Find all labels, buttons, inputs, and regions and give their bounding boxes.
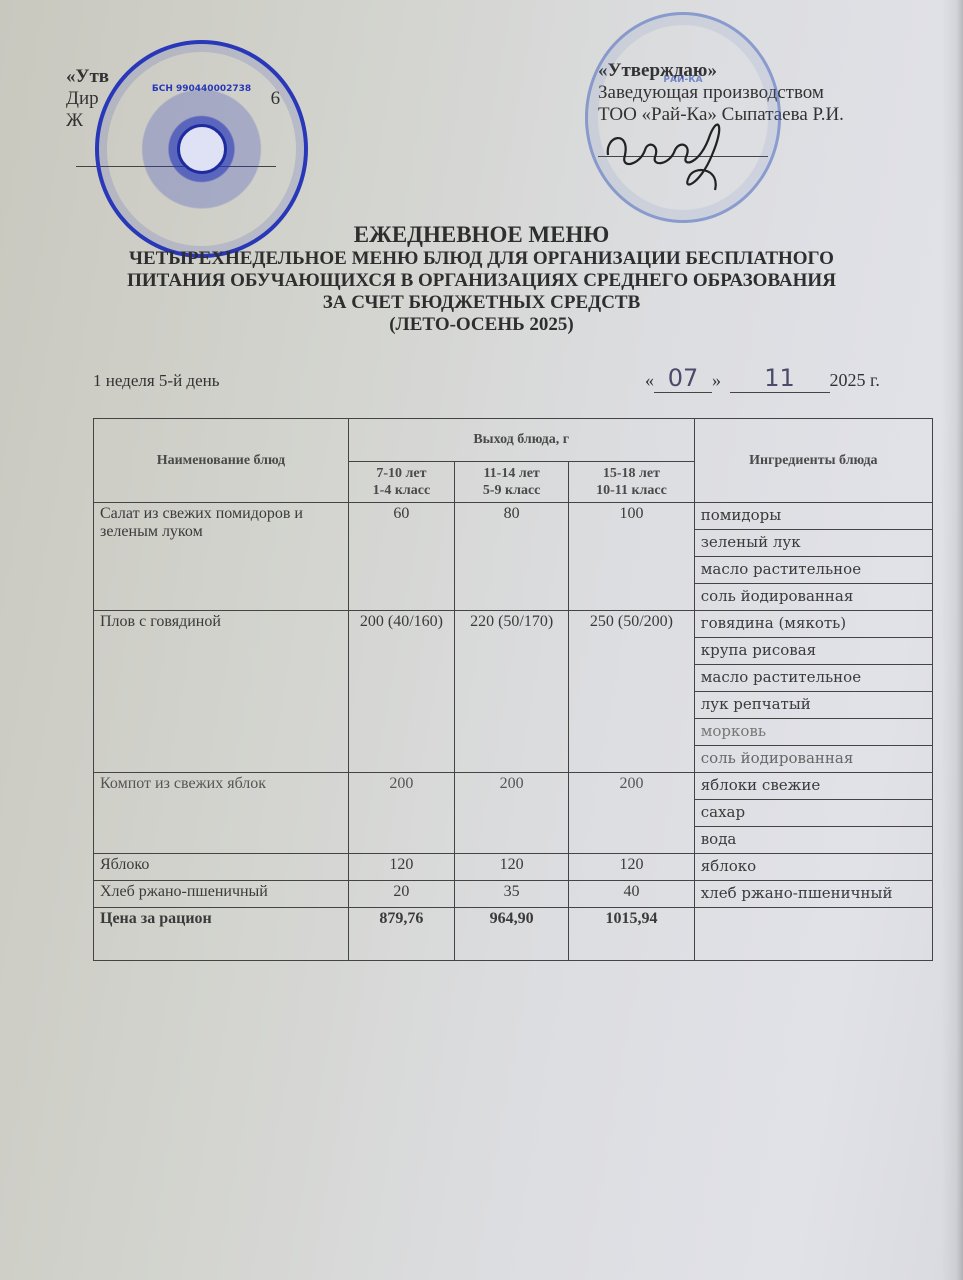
- document-subtitle-line3: ЗА СЧЕТ БЮДЖЕТНЫХ СРЕДСТВ: [0, 292, 963, 314]
- dish-output-2: 80: [455, 503, 569, 611]
- price-ingredients-empty: [694, 908, 932, 961]
- price-group-3: 1015,94: [569, 908, 695, 961]
- ingredient: лук репчатый: [695, 692, 932, 719]
- price-group-1: 879,76: [348, 908, 454, 961]
- dish-output-3: 250 (50/200): [569, 611, 695, 773]
- date-year: 2025 г.: [830, 370, 880, 390]
- header-output: Выход блюда, г: [348, 419, 694, 462]
- table-row: Хлеб ржано-пшеничный 20 35 40 хлеб ржано…: [94, 881, 933, 908]
- document-subtitle-line4: (ЛЕТО-ОСЕНЬ 2025): [0, 314, 963, 336]
- company-stamp-text: РАЙ-КА: [588, 75, 778, 85]
- dish-output-3: 120: [569, 854, 695, 881]
- dish-name: Салат из свежих помидоров и зеленым луко…: [94, 503, 349, 611]
- table-header-row: Наименование блюд Выход блюда, г Ингреди…: [94, 419, 933, 462]
- document-title: ЕЖЕДНЕВНОЕ МЕНЮ: [0, 222, 963, 248]
- dish-ingredients: яблоки свежие сахар вода: [694, 773, 932, 854]
- ingredient: помидоры: [695, 503, 932, 530]
- dish-output-1: 20: [348, 881, 454, 908]
- header-group-2: 11-14 лет5-9 класс: [455, 462, 569, 503]
- dish-ingredients: говядина (мякоть) крупа рисовая масло ра…: [694, 611, 932, 773]
- ingredient: говядина (мякоть): [695, 611, 932, 638]
- ingredient: соль йодированная: [695, 584, 932, 610]
- header-dish-name: Наименование блюд: [94, 419, 349, 503]
- dish-ingredients: помидоры зеленый лук масло растительное …: [694, 503, 932, 611]
- price-group-2: 964,90: [455, 908, 569, 961]
- header-group-3: 15-18 лет10-11 класс: [569, 462, 695, 503]
- dish-output-2: 200: [455, 773, 569, 854]
- dish-output-1: 120: [348, 854, 454, 881]
- document-title-block: ЕЖЕДНЕВНОЕ МЕНЮ ЧЕТЫРЕХНЕДЕЛЬНОЕ МЕНЮ БЛ…: [0, 222, 963, 336]
- price-label: Цена за рацион: [94, 908, 349, 961]
- dish-output-2: 35: [455, 881, 569, 908]
- ingredient: масло растительное: [695, 557, 932, 584]
- date-day: 07: [654, 364, 712, 393]
- dish-ingredients: хлеб ржано-пшеничный: [694, 881, 932, 908]
- dish-name: Яблоко: [94, 854, 349, 881]
- dish-name: Плов с говядиной: [94, 611, 349, 773]
- dish-output-2: 120: [455, 854, 569, 881]
- ingredient: вода: [695, 827, 932, 853]
- dish-name: Хлеб ржано-пшеничный: [94, 881, 349, 908]
- ingredient: зеленый лук: [695, 530, 932, 557]
- ingredient: яблоки свежие: [695, 773, 932, 800]
- handwritten-signature: [600, 115, 740, 195]
- table-row: Плов с говядиной 200 (40/160) 220 (50/17…: [94, 611, 933, 773]
- menu-table: Наименование блюд Выход блюда, г Ингреди…: [93, 418, 933, 961]
- dish-output-3: 200: [569, 773, 695, 854]
- date-month: 11: [730, 364, 830, 393]
- table-row: Компот из свежих яблок 200 200 200 яблок…: [94, 773, 933, 854]
- dish-output-3: 100: [569, 503, 695, 611]
- date-close-quote: »: [712, 370, 721, 390]
- ingredient: морковь: [695, 719, 932, 746]
- header-group-1: 7-10 лет1-4 класс: [348, 462, 454, 503]
- dish-output-1: 200: [348, 773, 454, 854]
- document-date: «07» 112025 г.: [645, 364, 880, 393]
- school-stamp-text: БСН 990440002738: [99, 84, 304, 94]
- table-row: Салат из свежих помидоров и зеленым луко…: [94, 503, 933, 611]
- dish-output-3: 40: [569, 881, 695, 908]
- price-row: Цена за рацион 879,76 964,90 1015,94: [94, 908, 933, 961]
- paper-edge-shadow: [941, 0, 963, 1280]
- document-subtitle-line2: ПИТАНИЯ ОБУЧАЮЩИХСЯ В ОРГАНИЗАЦИЯХ СРЕДН…: [0, 270, 963, 292]
- dish-output-2: 220 (50/170): [455, 611, 569, 773]
- state-emblem-icon: [177, 124, 227, 174]
- ingredient: сахар: [695, 800, 932, 827]
- dish-ingredients: яблоко: [694, 854, 932, 881]
- ingredient: крупа рисовая: [695, 638, 932, 665]
- dish-output-1: 60: [348, 503, 454, 611]
- header-ingredients: Ингредиенты блюда: [694, 419, 932, 503]
- dish-name: Компот из свежих яблок: [94, 773, 349, 854]
- dish-output-1: 200 (40/160): [348, 611, 454, 773]
- week-day-label: 1 неделя 5-й день: [93, 371, 219, 391]
- ingredient: хлеб ржано-пшеничный: [695, 881, 932, 907]
- ingredient: масло растительное: [695, 665, 932, 692]
- ingredient: соль йодированная: [695, 746, 932, 772]
- document-subtitle-line1: ЧЕТЫРЕХНЕДЕЛЬНОЕ МЕНЮ БЛЮД ДЛЯ ОРГАНИЗАЦ…: [0, 248, 963, 270]
- ingredient: яблоко: [695, 854, 932, 880]
- table-row: Яблоко 120 120 120 яблоко: [94, 854, 933, 881]
- date-open-quote: «: [645, 370, 654, 390]
